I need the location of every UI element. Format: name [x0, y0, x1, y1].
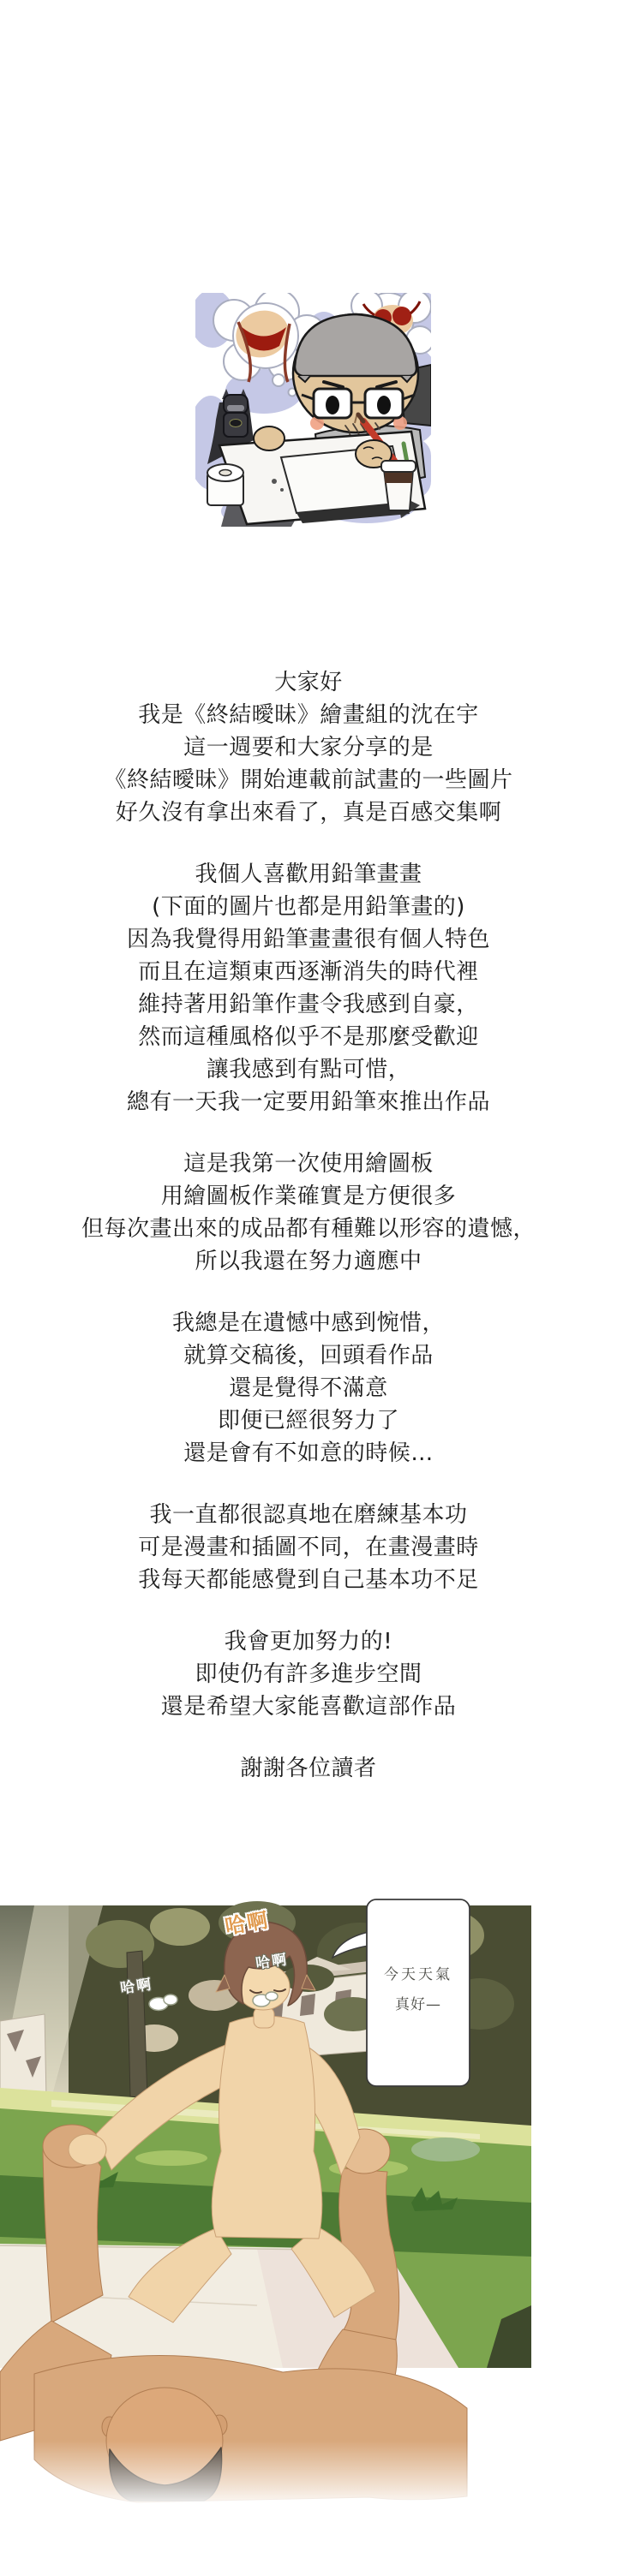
- author-note-line: 大家好: [0, 666, 617, 699]
- artist-doodle-svg: [195, 293, 431, 527]
- author-note-line: 所以我還在努力適應中: [0, 1245, 617, 1278]
- speech-bubble-text-line: 真好—: [367, 1992, 470, 2013]
- author-note-line: 我每天都能感覺到自己基本功不足: [0, 1564, 617, 1596]
- author-note-line: 我總是在遺憾中感到惋惜，: [0, 1307, 617, 1339]
- author-note-line: 總有一天我一定要用鉛筆來推出作品: [0, 1086, 617, 1118]
- toilet-paper-roll: [207, 464, 243, 505]
- author-note-line: 維持著用鉛筆作畫令我感到自豪，: [0, 988, 617, 1021]
- comic-panel-art: [0, 1893, 531, 2509]
- comic-panel: 今天天氣 真好— 哈啊 哈啊 哈啊: [0, 1893, 531, 2509]
- artist-left-fist: [254, 426, 285, 450]
- sfx-text: 哈啊: [118, 1971, 153, 1997]
- author-note-line: 因為我覺得用鉛筆畫畫很有個人特色: [0, 923, 617, 956]
- author-note-line: 可是漫畫和插圖不同，在畫漫畫時: [0, 1531, 617, 1564]
- author-note-line: 謝謝各位讀者: [0, 1752, 617, 1785]
- author-note-line: 我會更加努力的!: [0, 1625, 617, 1658]
- author-note-line: 即便已經很努力了: [0, 1404, 617, 1437]
- author-note-line: (下面的圖片也都是用鉛筆畫的): [0, 891, 617, 923]
- author-note-line: 我是《終結曖昧》繪畫組的沈在宇: [0, 699, 617, 731]
- author-note-line: 即使仍有許多進步空間: [0, 1658, 617, 1690]
- author-note-line: 而且在這類東西逐漸消失的時代裡: [0, 956, 617, 988]
- bottom-fade: [0, 2441, 531, 2509]
- artist-doodle-illustration: [195, 293, 431, 527]
- artist-head: [293, 314, 418, 442]
- author-note-line: 但每次畫出來的成品都有種難以形容的遺憾，: [0, 1213, 617, 1245]
- author-note: 大家好 我是《終結曖昧》繪畫組的沈在宇 這一週要和大家分享的是 《終結曖昧》開始…: [0, 637, 617, 1814]
- author-note-line: 《終結曖昧》開始連載前試畫的一些圖片: [0, 764, 617, 796]
- author-note-line: 我個人喜歡用鉛筆畫畫: [0, 858, 617, 891]
- author-note-line: 讓我感到有點可惜，: [0, 1053, 617, 1086]
- author-note-line: 我一直都很認真地在磨練基本功: [0, 1499, 617, 1531]
- sfx-text: 哈啊: [254, 1947, 289, 1972]
- author-note-line: 這是我第一次使用繪圖板: [0, 1148, 617, 1180]
- author-note-line: 用繪圖板作業確實是方便很多: [0, 1180, 617, 1213]
- author-note-line: 然而這種風格似乎不是那麼受歡迎: [0, 1021, 617, 1053]
- author-note-line: 這一週要和大家分享的是: [0, 731, 617, 764]
- author-note-line: 還是會有不如意的時候…: [0, 1437, 617, 1470]
- author-note-line: 好久沒有拿出來看了，真是百感交集啊: [0, 796, 617, 829]
- author-note-line: 還是覺得不滿意: [0, 1372, 617, 1404]
- speech-bubble-text-line: 今天天氣: [367, 1962, 470, 1983]
- author-note-line: 還是希望大家能喜歡這部作品: [0, 1690, 617, 1723]
- author-note-line: 就算交稿後，回頭看作品: [0, 1339, 617, 1372]
